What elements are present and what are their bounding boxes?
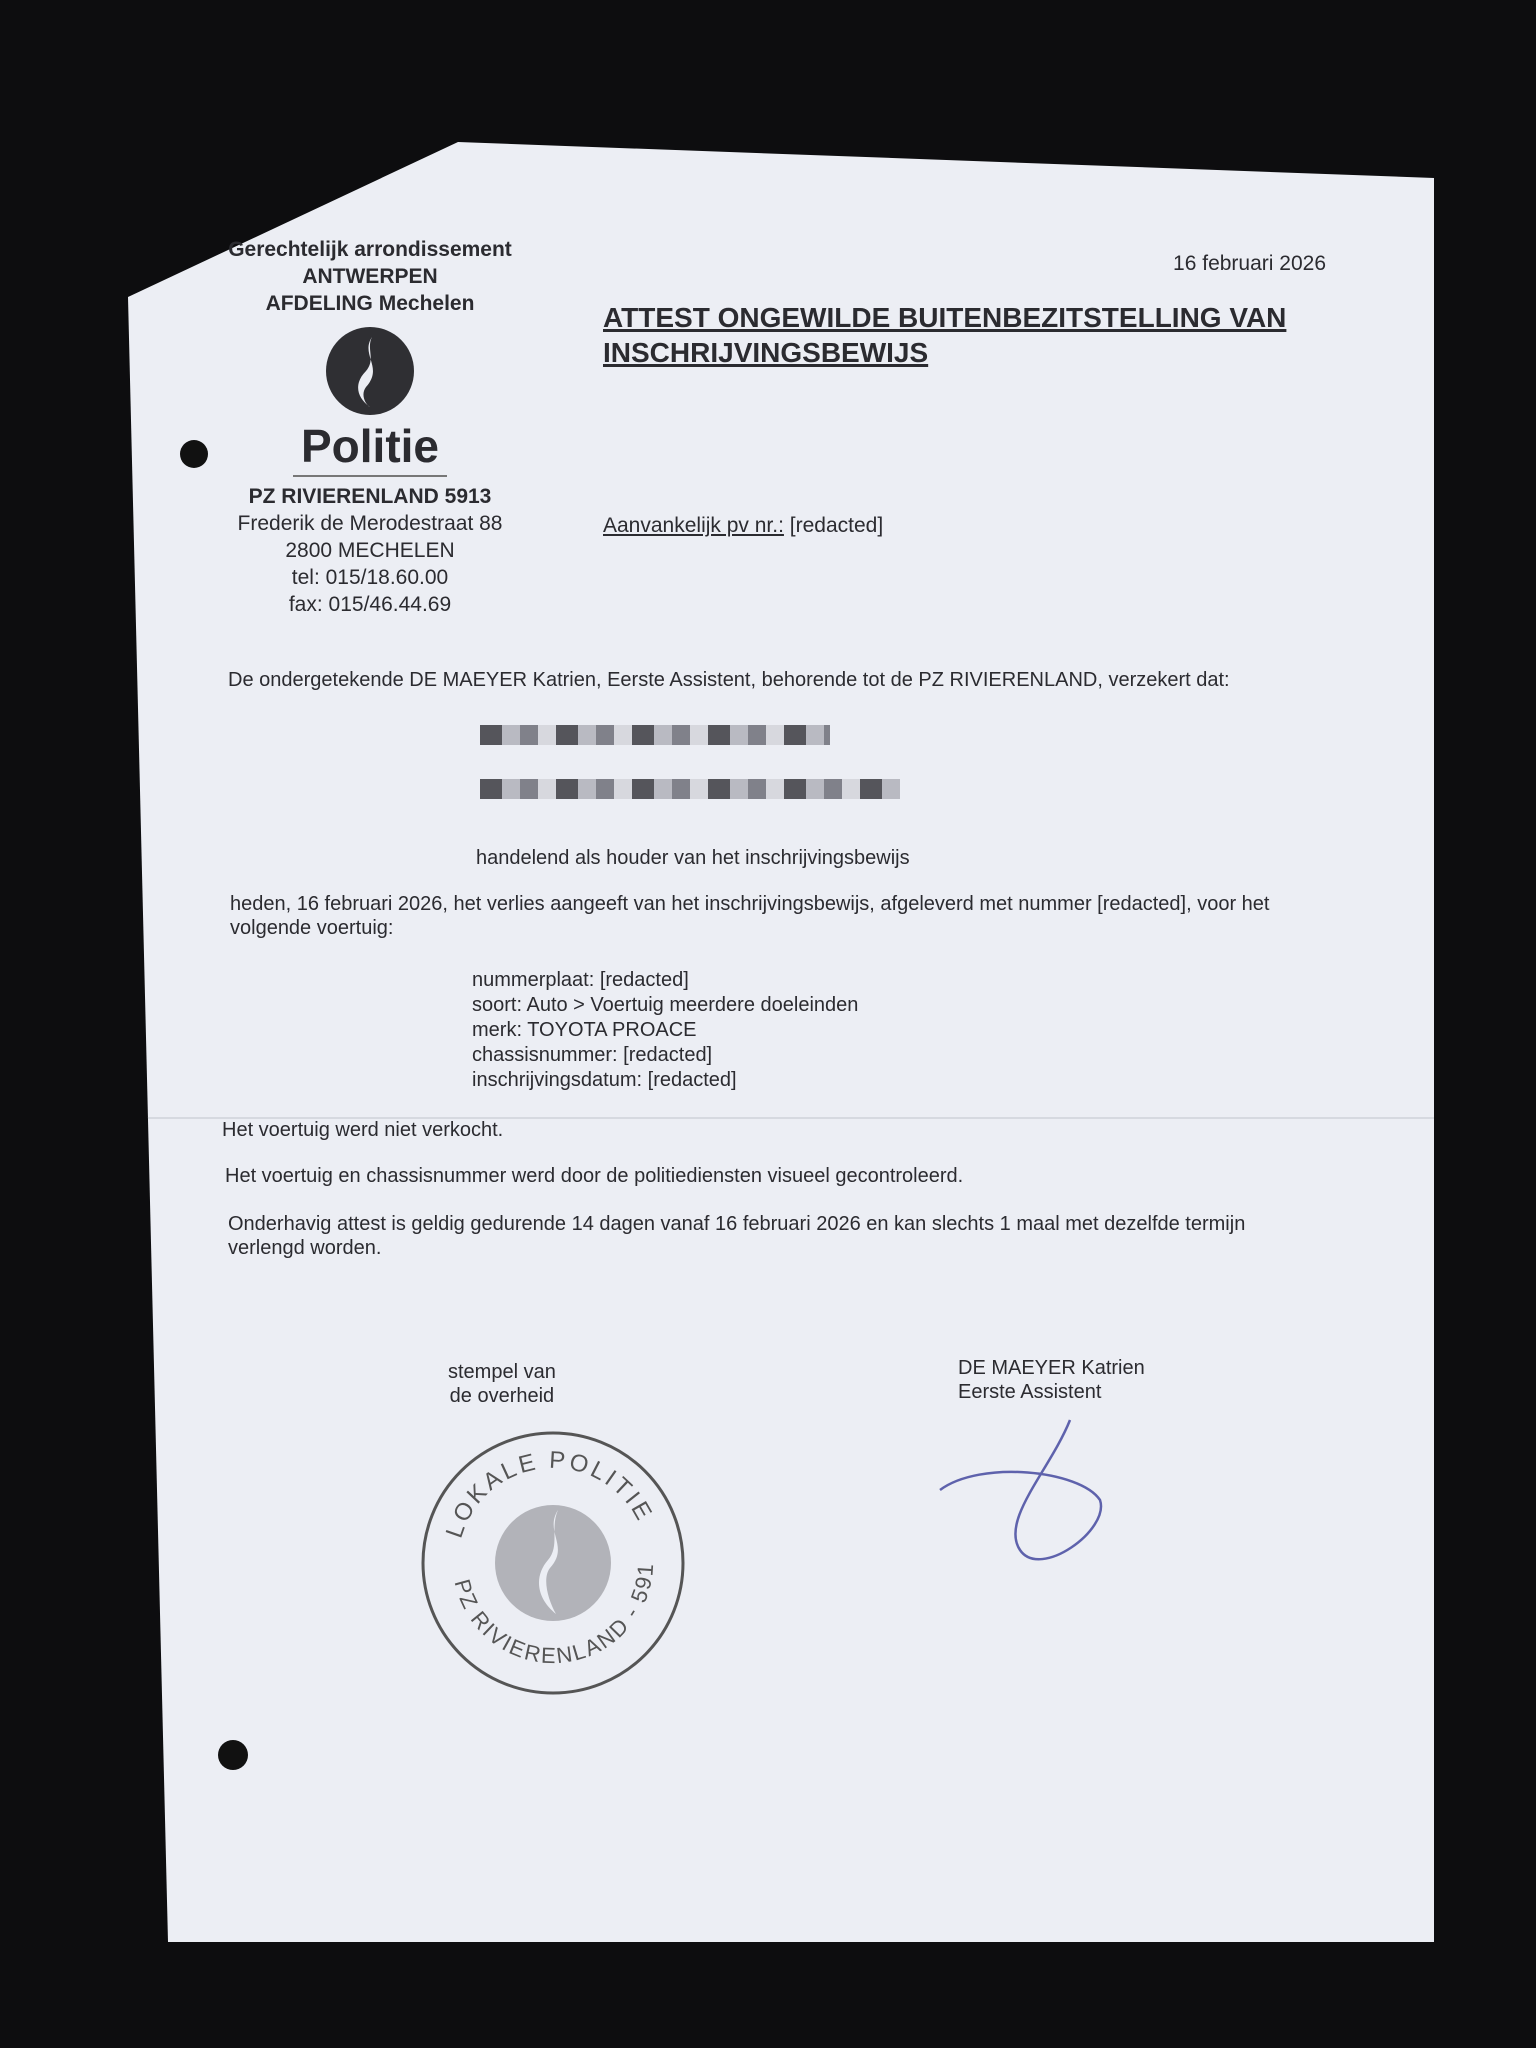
redacted-holder-name (480, 722, 830, 746)
city: ANTWERPEN (200, 263, 540, 290)
vehicle-details: nummerplaat: [redacted] soort: Auto > Vo… (472, 968, 858, 1093)
zone: PZ RIVIERENLAND 5913 (200, 483, 540, 510)
declaration-text: heden, 16 februari 2026, het verlies aan… (230, 892, 1320, 940)
document-date: 16 februari 2026 (1173, 252, 1326, 276)
punch-hole-icon (218, 1740, 248, 1770)
police-stamp-icon: LOKALE POLITIE PZ RIVIERENLAND - 5913 (418, 1428, 688, 1698)
fax: fax: 015/46.44.69 (200, 591, 540, 618)
district: Gerechtelijk arrondissement (200, 236, 540, 263)
statement-validity: Onderhavig attest is geldig gedurende 14… (228, 1212, 1308, 1260)
plate-row: nummerplaat: [redacted] (472, 968, 858, 993)
division: AFDELING Mechelen (200, 290, 540, 317)
pv-reference: Aanvankelijk pv nr.: [redacted] (603, 514, 883, 538)
tel: tel: 015/18.60.00 (200, 564, 540, 591)
document-title: ATTEST ONGEWILDE BUITENBEZITSTELLING VAN… (603, 300, 1286, 370)
postal: 2800 MECHELEN (200, 537, 540, 564)
street: Frederik de Merodestraat 88 (200, 510, 540, 537)
redacted-holder-address (480, 776, 900, 800)
stamp-label: stempel vande overheid (448, 1360, 556, 1408)
holder-role: handelend als houder van het inschrijvin… (476, 846, 910, 870)
police-flame-logo-icon (326, 327, 414, 415)
org-name: Politie (293, 421, 447, 477)
statement-verified: Het voertuig en chassisnummer werd door … (225, 1164, 963, 1188)
signature-placeholder-icon (920, 1350, 1160, 1630)
statement-not-sold: Het voertuig werd niet verkocht. (222, 1118, 503, 1142)
letterhead: Gerechtelijk arrondissement ANTWERPEN AF… (200, 236, 540, 618)
vin-row: chassisnummer: [redacted] (472, 1043, 858, 1068)
type-row: soort: Auto > Voertuig meerdere doeleind… (472, 993, 858, 1018)
intro-text: De ondergetekende DE MAEYER Katrien, Eer… (228, 668, 1308, 692)
make-row: merk: TOYOTA PROACE (472, 1018, 858, 1043)
regdate-row: inschrijvingsdatum: [redacted] (472, 1068, 858, 1093)
